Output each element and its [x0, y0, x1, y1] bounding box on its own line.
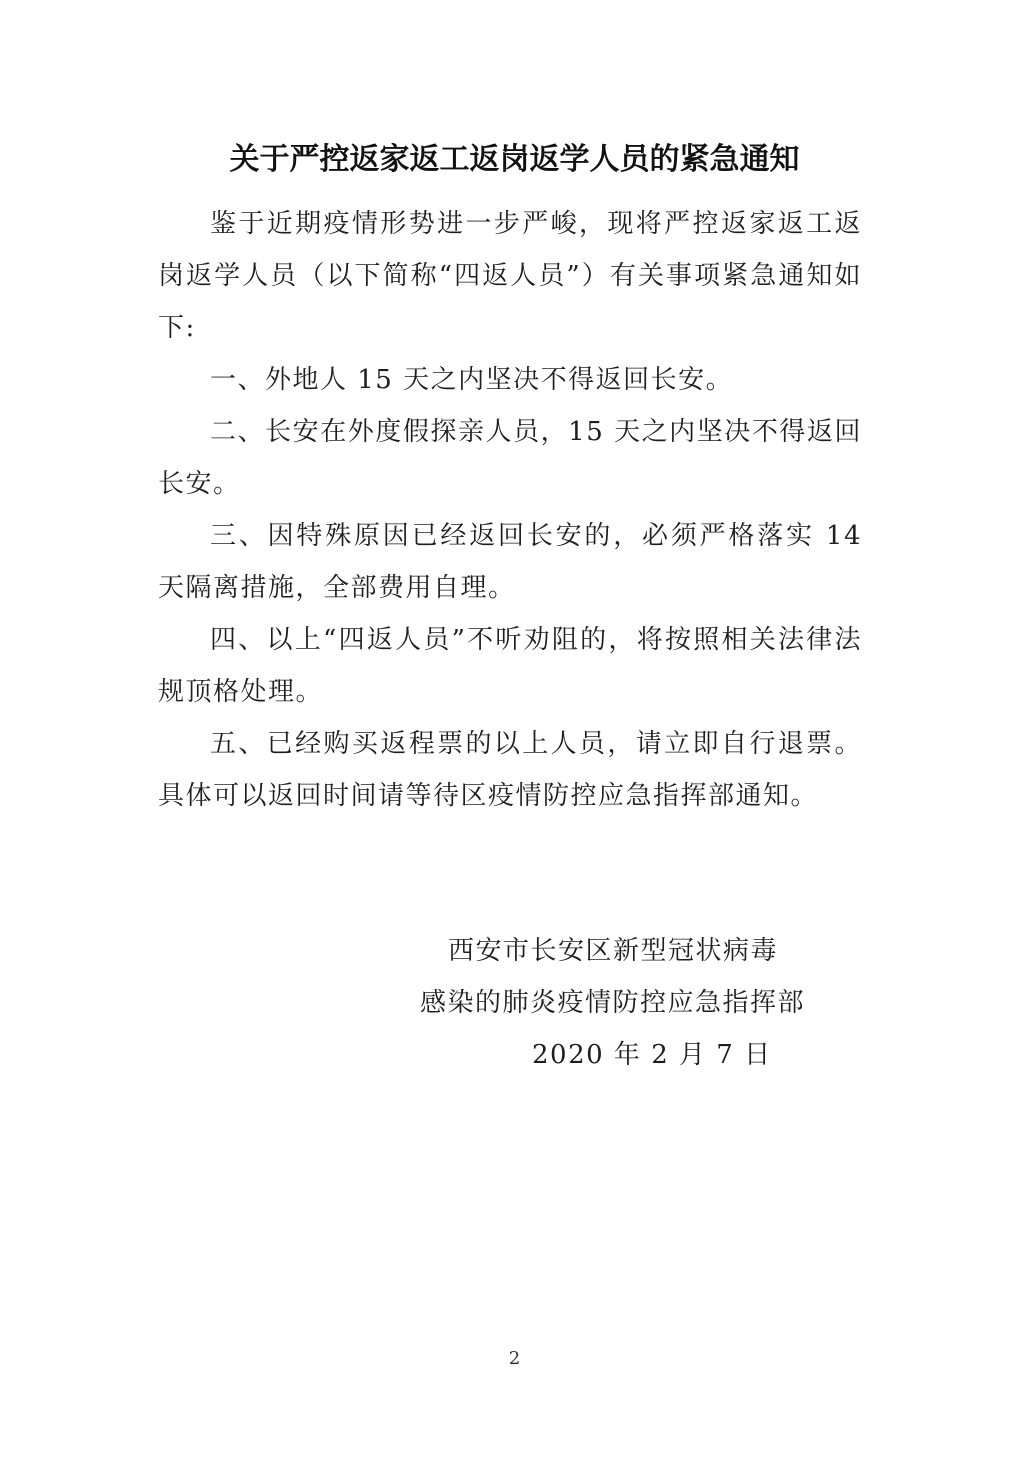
item-3-paragraph: 三、因特殊原因已经返回长安的，必须严格落实 14 天隔离措施，全部费用自理。 — [158, 510, 862, 614]
item-2-paragraph: 二、长安在外度假探亲人员，15 天之内坚决不得返回长安。 — [158, 406, 862, 510]
signature-org-line1: 西安市长安区新型冠状病毒 — [448, 925, 778, 977]
document-title: 关于严控返家返工返岗返学人员的紧急通知 — [0, 138, 1029, 182]
document-body: 鉴于近期疫情形势进一步严峻，现将严控返家返工返岗返学人员（以下简称“四返人员”）… — [158, 198, 862, 822]
intro-paragraph: 鉴于近期疫情形势进一步严峻，现将严控返家返工返岗返学人员（以下简称“四返人员”）… — [158, 198, 862, 354]
signature-date: 2020 年 2 月 7 日 — [532, 1029, 772, 1081]
item-4-paragraph: 四、以上“四返人员”不听劝阻的，将按照相关法律法规顶格处理。 — [158, 614, 862, 718]
item-1-paragraph: 一、外地人 15 天之内坚决不得返回长安。 — [158, 354, 862, 406]
item-5-paragraph: 五、已经购买返程票的以上人员，请立即自行退票。具体可以返回时间请等待区疫情防控应… — [158, 718, 862, 822]
signature-org-line2: 感染的肺炎疫情防控应急指挥部 — [420, 977, 805, 1029]
page-number: 2 — [0, 1348, 1029, 1369]
document-page: 关于严控返家返工返岗返学人员的紧急通知 鉴于近期疫情形势进一步严峻，现将严控返家… — [0, 0, 1029, 1461]
